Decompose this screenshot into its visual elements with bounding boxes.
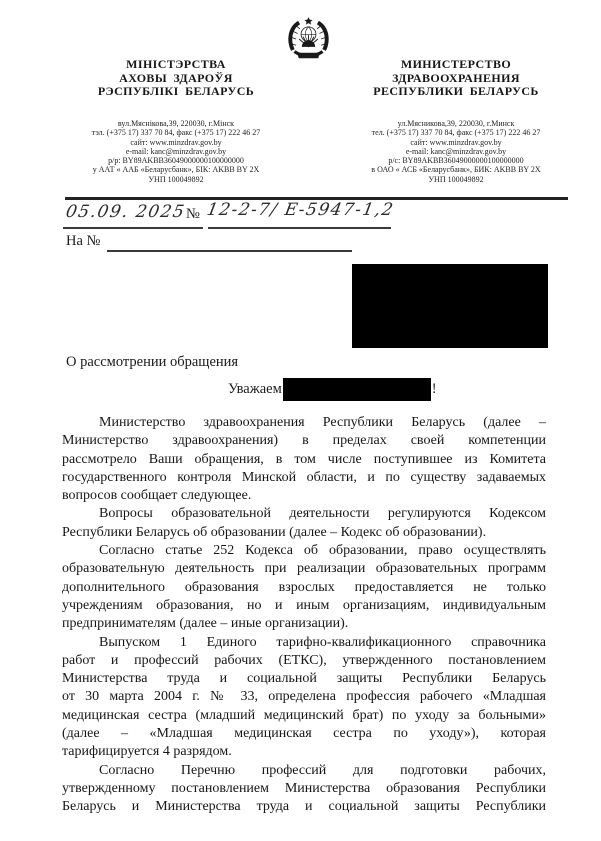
- body-line: тарифицируется 4 разрядом.: [62, 743, 546, 761]
- body-line: Министерство здравоохранения Республики …: [62, 414, 546, 432]
- number-sign-label: №: [186, 206, 200, 223]
- address-line: ул.Мясникова,39, 220030, г.Минск: [322, 119, 590, 128]
- body-line: образовательную деятельность при реализа…: [62, 560, 546, 578]
- address-line: сайт: www.minzdrav.gov.by: [40, 138, 312, 147]
- org-name-line: МІНІСТЭРСТВА: [40, 58, 312, 72]
- reply-to-underline: [107, 250, 352, 252]
- subject-line: О рассмотрении обращения: [66, 354, 238, 371]
- body-line: предпринимателям (далее – иные организац…: [62, 615, 546, 633]
- body-line: Республики Беларусь об образовании (дале…: [62, 524, 546, 542]
- org-name-line: МИНИСТЕРСТВО: [322, 58, 590, 72]
- body-text: Министерство здравоохранения Республики …: [62, 414, 546, 817]
- address-line: e-mail: kanc@minzdrav.gov.by: [40, 147, 312, 156]
- body-line: (далее – «Младшая медицинская сестра по …: [62, 725, 546, 743]
- salutation-prefix: Уважаем: [228, 381, 282, 398]
- org-name-belarusian: МІНІСТЭРСТВААХОВЫ ЗДАРОЎЯРЭСПУБЛІКІ БЕЛА…: [40, 58, 312, 99]
- salutation-punctuation: !: [432, 381, 437, 398]
- body-line: учреждениям образования, но и иным орган…: [62, 597, 546, 615]
- body-line: Беларусь и Министерства труда и социальн…: [62, 798, 546, 816]
- body-line: утвержденному постановлением Министерств…: [62, 780, 546, 798]
- address-line: УНП 100049892: [40, 175, 312, 184]
- address-line: тэл. (+375 17) 337 70 84, факс (+375 17)…: [40, 128, 312, 137]
- body-line: Согласно Перечню профессий для подготовк…: [62, 762, 546, 780]
- body-line: рассмотрело Ваши обращения, в том числе …: [62, 451, 546, 469]
- body-line: Согласно статье 252 Кодекса об образован…: [62, 542, 546, 560]
- date-underline: [63, 227, 203, 229]
- address-line: у ААТ « ААБ «Беларусбанк», БІК: AKBB BY …: [40, 165, 312, 174]
- body-line: Министерство здравоохранения) в пределах…: [62, 432, 546, 450]
- org-name-russian: МИНИСТЕРСТВОЗДРАВООХРАНЕНИЯРЕСПУБЛИКИ БЕ…: [322, 58, 590, 99]
- org-name-line: АХОВЫ ЗДАРОЎЯ: [40, 72, 312, 86]
- body-line: работ и профессий рабочих (ЕТКС), утверж…: [62, 652, 546, 670]
- org-name-line: РЕСПУБЛИКИ БЕЛАРУСЬ: [322, 85, 590, 99]
- org-name-line: ЗДРАВООХРАНЕНИЯ: [322, 72, 590, 86]
- address-block-russian: ул.Мясникова,39, 220030, г.Минсктел. (+3…: [322, 119, 590, 184]
- address-line: тел. (+375 17) 337 70 84, факс (+375 17)…: [322, 128, 590, 137]
- address-line: сайт: www.minzdrav.gov.by: [322, 138, 590, 147]
- body-line: Министерства труда и социальной защиты Р…: [62, 670, 546, 688]
- address-line: в ОАО « АСБ «Беларусбанк», БИК: AKBB BY …: [322, 165, 590, 174]
- body-line: Вопросы образовательной деятельности рег…: [62, 505, 546, 523]
- salutation-line: Уважаем !: [228, 377, 437, 401]
- redaction-bar-name: [283, 378, 431, 401]
- org-name-line: РЭСПУБЛІКІ БЕЛАРУСЬ: [40, 85, 312, 99]
- handwritten-outgoing-number: 12-2-7/ Е-5947-1,2: [205, 200, 396, 220]
- redaction-box-recipient: [352, 264, 548, 348]
- handwritten-date: 05.09. 2025: [64, 202, 187, 222]
- document-page: МІНІСТЭРСТВААХОВЫ ЗДАРОЎЯРЭСПУБЛІКІ БЕЛА…: [0, 0, 601, 841]
- address-line: УНП 100049892: [322, 175, 590, 184]
- address-line: e-mail: kanc@minzdrav.gov.by: [322, 147, 590, 156]
- body-line: медицинская сестра (младший медицинский …: [62, 707, 546, 725]
- address-block-belarusian: вул.Мяснікова,39, 220030, г.Мінсктэл. (+…: [40, 119, 312, 184]
- coat-of-arms-icon: [285, 15, 332, 63]
- address-line: р/с: BY89AKBB36049000000100000000: [322, 156, 590, 165]
- body-line: от 30 марта 2004 г. № 33, определена про…: [62, 688, 546, 706]
- body-line: государственного контроля Минской област…: [62, 469, 546, 487]
- body-line: дополнительного образования взрослых пре…: [62, 579, 546, 597]
- address-line: вул.Мяснікова,39, 220030, г.Мінск: [40, 119, 312, 128]
- address-line: р/р: BY89AKBB36049000000100000000: [40, 156, 312, 165]
- body-line: вопросов сообщает следующее.: [62, 487, 546, 505]
- body-line: Выпуском 1 Единого тарифно-квалификацион…: [62, 634, 546, 652]
- reply-to-label: На №: [66, 233, 100, 250]
- number-underline: [208, 227, 391, 229]
